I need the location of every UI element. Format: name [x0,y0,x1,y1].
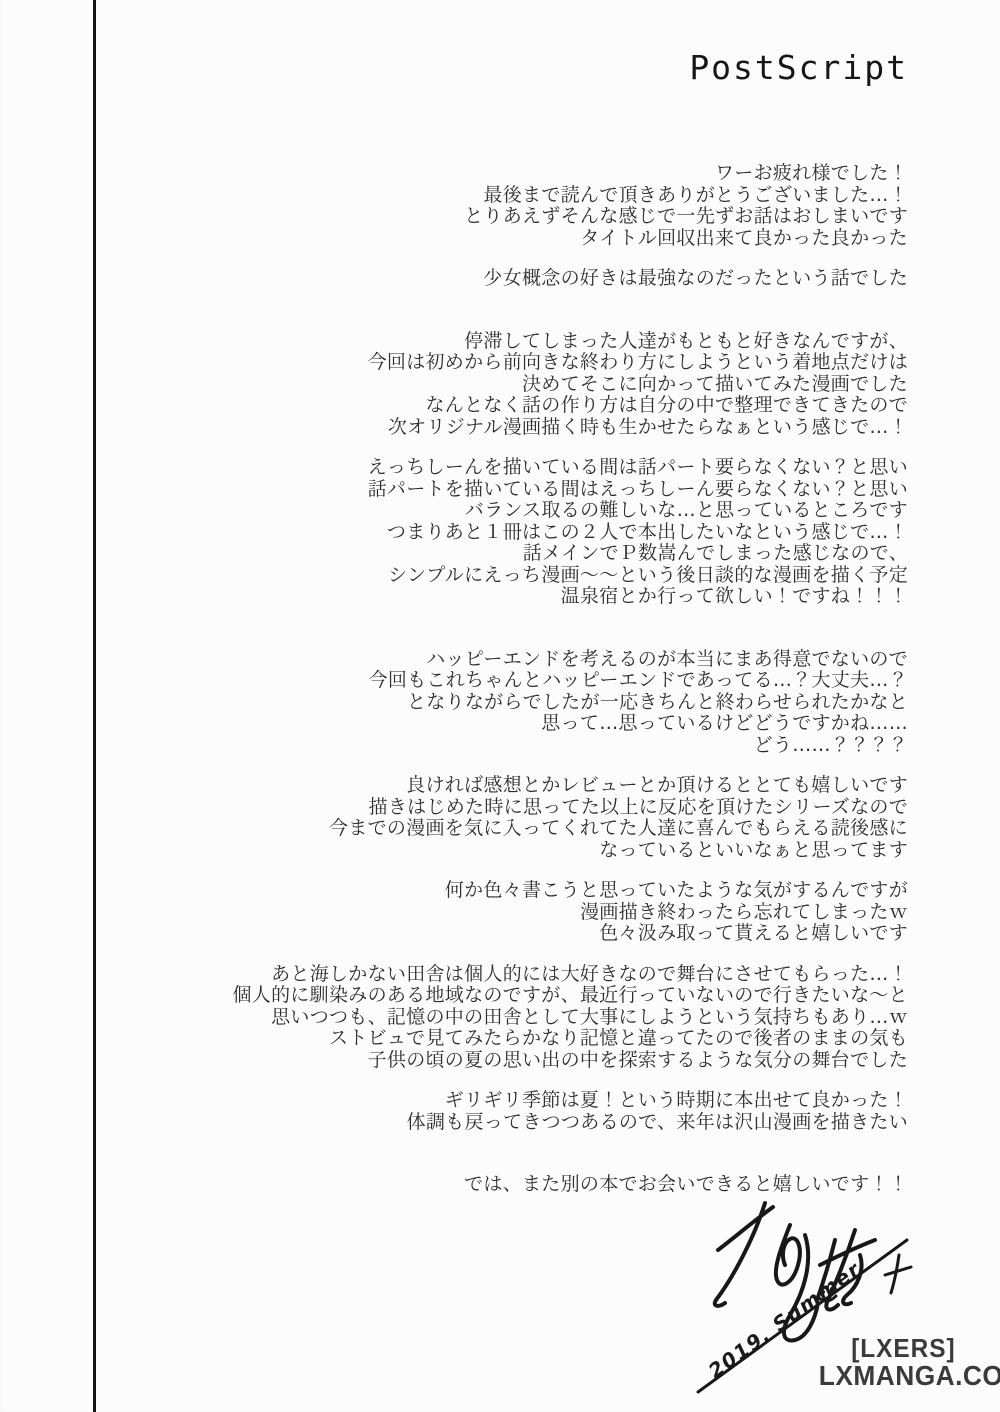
text-line: 思いつつも、記憶の中の田舎として大事にしようという気持ちもあり…ｗ [110,1007,908,1029]
text-line: 描きはじめた時に思ってた以上に反応を頂けたシリーズなので [110,797,908,819]
text-line: とりあえずそんな感じで一先ずお話はおしまいです [110,206,908,228]
watermark-line1: [LXERS] [819,1334,988,1362]
text-line: 個人的に馴染みのある地域なのですが、最近行っていないので行きたいな～と [110,985,908,1007]
text-line: 温泉宿とか行って欲しい！ですね！！！ [110,586,908,608]
text-line: なんとなく話の作り方は自分の中で整理できてきたので [110,395,908,417]
text-line: 決めてそこに向かって描いてみた漫画でした [110,374,908,396]
paragraph: 少女概念の好きは最強なのだったという話でした [110,268,908,290]
text-line: 停滞してしまった人達がもともと好きなんですが、 [110,331,908,353]
text-line: 体調も戻ってきつつあるので、来年は沢山漫画を描きたい [110,1112,908,1134]
paragraph: ワーお疲れ様でした！最後まで読んで頂きありがとうございました…！とりあえずそんな… [110,163,908,249]
text-line: 話パートを描いている間はえっちしーん要らなくない？と思い [110,479,908,501]
text-line: ワーお疲れ様でした！ [110,163,908,185]
text-line: 次オリジナル漫画描く時も生かせたらなぁという感じで…！ [110,417,908,439]
paragraph: 良ければ感想とかレビューとか頂けるととても嬉しいです描きはじめた時に思ってた以上… [110,775,908,861]
text-line: 今回は初めから前向きな終わり方にしようという着地点だけは [110,352,908,374]
paragraph: あと海しかない田舎は個人的には大好きなので舞台にさせてもらった…！個人的に馴染み… [110,964,908,1072]
paragraph: えっちしーんを描いている間は話パート要らなくない？と思い話パートを描いている間は… [110,457,908,608]
text-line: あと海しかない田舎は個人的には大好きなので舞台にさせてもらった…！ [110,964,908,986]
left-border-line [93,0,96,1412]
text-line: では、また別の本でお会いできると嬉しいです！！ [110,1174,908,1196]
afterword-text: ワーお疲れ様でした！最後まで読んで頂きありがとうございました…！とりあえずそんな… [110,163,908,1196]
text-line: シンプルにえっち漫画～～という後日談的な漫画を描く予定 [110,565,908,587]
text-line: えっちしーんを描いている間は話パート要らなくない？と思い [110,457,908,479]
text-line: つまりあと１冊はこの２人で本出したいなという感じで…！ [110,522,908,544]
page-title: PostScript [689,48,908,87]
text-line: 色々汲み取って貰えると嬉しいです [110,923,908,945]
text-line: どう……？？？？ [110,735,908,757]
text-line: となりながらでしたが一応きちんと終わらせられたかなと [110,692,908,714]
paragraph: では、また別の本でお会いできると嬉しいです！！ [110,1174,908,1196]
text-line: タイトル回収出来て良かった良かった [110,228,908,250]
text-line: ストビュで見てみたらかなり記憶と違ってたので後者のままの気も [110,1028,908,1050]
text-line: 漫画描き終わったら忘れてしまったｗ [110,902,908,924]
text-line: 何か色々書こうと思っていたような気がするんですが [110,880,908,902]
text-line: 思って…思っているけどどうですかね…… [110,713,908,735]
text-line: なっているといいなぁと思ってます [110,840,908,862]
text-line: ハッピーエンドを考えるのが本当にまあ得意でないので [110,649,908,671]
text-line: 少女概念の好きは最強なのだったという話でした [110,268,908,290]
text-line: 今までの漫画を気に入ってくれてた人達に喜んでもらえる読後感に [110,818,908,840]
text-line: ギリギリ季節は夏！という時期に本出せて良かった！ [110,1090,908,1112]
paragraph: 停滞してしまった人達がもともと好きなんですが、今回は初めから前向きな終わり方にし… [110,331,908,439]
text-line: 話メインでＰ数嵩んでしまった感じなので、 [110,543,908,565]
signature-stroke [776,1225,800,1285]
watermark: [LXERS] LXMANGA.COM [819,1334,988,1390]
watermark-line2: LXMANGA.COM [819,1362,988,1390]
text-line: 子供の頃の夏の思い出の中を探索するような気分の舞台でした [110,1050,908,1072]
text-line: 良ければ感想とかレビューとか頂けるととても嬉しいです [110,775,908,797]
afterword-page: PostScript ワーお疲れ様でした！最後まで読んで頂きありがとうございまし… [0,0,1000,1412]
paragraph: ギリギリ季節は夏！という時期に本出せて良かった！体調も戻ってきつつあるので、来年… [110,1090,908,1133]
text-line: 最後まで読んで頂きありがとうございました…！ [110,185,908,207]
text-line: バランス取るの難しいな…と思っているところです [110,500,908,522]
paragraph: ハッピーエンドを考えるのが本当にまあ得意でないので今回もこれちゃんとハッピーエン… [110,649,908,757]
paragraph: 何か色々書こうと思っていたような気がするんですが漫画描き終わったら忘れてしまった… [110,880,908,945]
text-line: 今回もこれちゃんとハッピーエンドであってる…？大丈夫…？ [110,670,908,692]
signature-stroke [718,1207,773,1250]
